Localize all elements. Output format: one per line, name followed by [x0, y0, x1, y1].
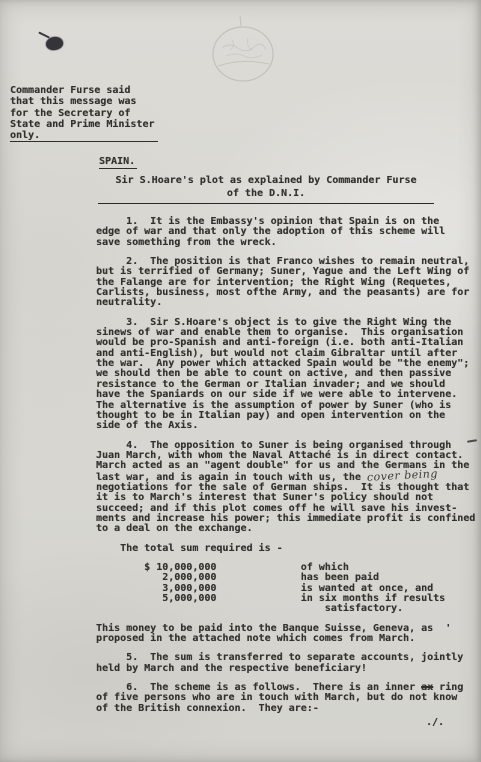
document-line: proposed in the attached note which come… — [96, 634, 475, 644]
paragraph: 3. Sir S.Hoare's object is to give the R… — [96, 318, 475, 432]
typed-text: side of the Axis. — [96, 420, 198, 431]
typed-text: proposed in the attached note which come… — [96, 633, 415, 644]
faint-circular-stamp-icon — [208, 14, 280, 88]
document-line: neutrality. — [96, 298, 475, 308]
typed-text: have the Spaniards on our side if we wer… — [96, 389, 457, 400]
scanned-document-page: Commander Furse said that this message w… — [0, 0, 481, 762]
document-line: side of the Axis. — [96, 421, 475, 431]
typed-text: save something from the wreck. — [96, 237, 277, 248]
typed-text: satisfactory. — [96, 603, 403, 614]
document-title-line2: of the D.N.I. — [98, 188, 434, 201]
margin-note-line: State and Prime Minister — [10, 119, 158, 130]
typed-text: last war, and is again in touch with us,… — [96, 472, 367, 483]
margin-note-line: for the Secretary of — [10, 108, 158, 119]
paragraph: This money to be paid into the Banque Su… — [96, 624, 475, 645]
handwritten-insertion: cover being — [367, 469, 438, 483]
paragraph: 5. The sum is transferred to separate ac… — [96, 653, 475, 674]
margin-routing-note: Commander Furse said that this message w… — [10, 85, 158, 142]
typed-text: succeed; and if this plot comes off he w… — [96, 503, 457, 514]
typed-text: of five persons who are in touch with Ma… — [96, 692, 457, 703]
continuation-mark: ./. — [426, 717, 444, 728]
document-body: 1. It is the Embassy's opinion that Spai… — [96, 217, 475, 723]
typed-text: The alternative is the assumption of pow… — [96, 400, 451, 411]
paragraph: 4. The opposition to Suner is being orga… — [96, 441, 475, 535]
typed-text: neutrality. — [96, 297, 162, 308]
margin-note-line: that this message was — [10, 96, 158, 107]
document-line: save something from the wreck. — [96, 238, 475, 248]
typed-text: of the British connexion. They are:- — [96, 703, 319, 714]
margin-note-line-underlined: only. — [10, 130, 158, 142]
typed-text: held by March and the respective benefic… — [96, 663, 367, 674]
document-line: The total sum required is - — [96, 544, 475, 554]
typed-text: but is terrified of Germany; Suner, Yagu… — [96, 266, 469, 277]
paragraph: The total sum required is - — [96, 544, 475, 554]
typed-text: we should then be able to count on activ… — [96, 368, 451, 379]
typed-text: it is to March's interest that Suner's p… — [96, 492, 433, 503]
typed-text: 5. The sum is transferred to separate ac… — [96, 652, 463, 663]
typed-text: would be pro-Spanish and anti-foreign (i… — [96, 337, 463, 348]
typed-text: 3,000,000 is wanted at once, and — [96, 583, 433, 594]
paragraph: 1. It is the Embassy's opinion that Spai… — [96, 217, 475, 248]
paragraph: 2. The position is that Franco wishes to… — [96, 257, 475, 309]
margin-note-line: Commander Furse said — [10, 85, 158, 96]
paragraph: $ 10,000,000 of which 2,000,000 has been… — [96, 563, 475, 615]
typed-text: edge of war and that only the adoption o… — [96, 226, 445, 237]
typed-text: The total sum required is - — [96, 543, 283, 554]
paragraph: 6. The scheme is as follows. There is an… — [96, 683, 475, 714]
typed-text: 4. The opposition to Suner is being orga… — [96, 440, 451, 451]
document-title-line1: Sir S.Hoare's plot as explained by Comma… — [98, 175, 434, 188]
section-heading: SPAIN. — [99, 156, 137, 169]
document-line: satisfactory. — [96, 604, 475, 614]
typed-text: 2,000,000 has been paid — [96, 572, 379, 583]
document-line: to a deal on the exchange. — [96, 524, 475, 534]
document-line: of the British connexion. They are:- — [96, 704, 475, 714]
document-line: held by March and the respective benefic… — [96, 664, 475, 674]
typed-text: to a deal on the exchange. — [96, 523, 253, 534]
document-title: Sir S.Hoare's plot as explained by Comma… — [98, 175, 434, 204]
